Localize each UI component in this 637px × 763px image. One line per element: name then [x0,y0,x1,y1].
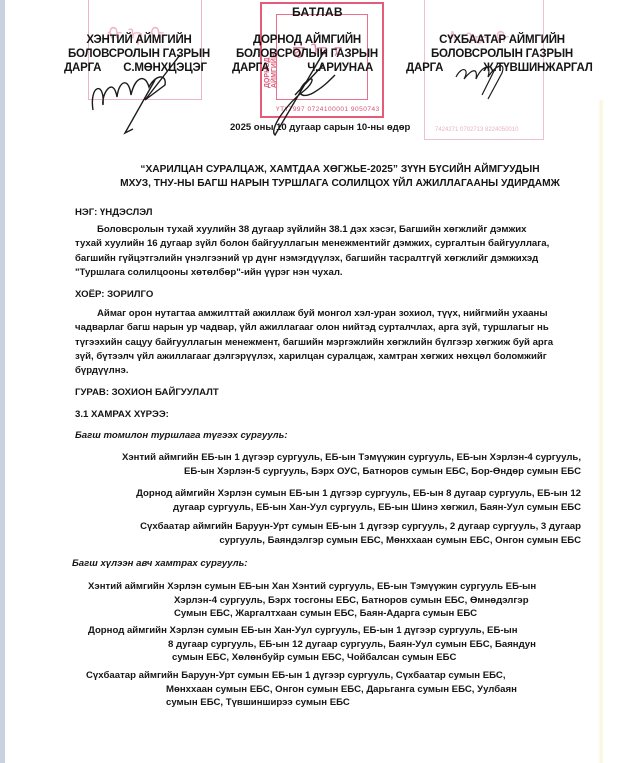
section-heading-organization: ГУРАВ: ЗОХИОН БАЙГУУЛАЛТ [75,387,219,398]
section-basis-paragraph: Боловсролын тухай хуулийн 38 дугаар зүйл… [75,223,575,280]
paragraph-line: зүй, бүтээлч үйл ажиллагааг дэлгэрүүлэх,… [75,350,575,364]
entry-line: дугаар сургууль, ЕБ-ын Хан-Уул сургууль,… [136,501,581,515]
entry-line: 8 дугаар сургууль, ЕБ-ын 12 дугаар сургу… [88,638,536,652]
signatory-role: ДАРГА [232,62,269,74]
entry-line: Хэрлэн сумын ЕБ-ын Хан-Уул сургууль, ЕБ-… [170,625,518,636]
entry-aimag: Дорнод аймгийн [88,625,167,636]
guest-entry-khentii: Хэнтий аймгийн Хэрлэн сумын ЕБ-ын Хан Хэ… [88,580,536,621]
signatory-name: С.МӨНХЦЭЦЭГ [123,62,206,74]
approval-date: 2025 оны 10 дугаар сарын 10-ны өдөр [230,122,410,133]
entry-line: Сумын ЕБС, Жаргалтхаан сумын ЕБС, Баян-А… [88,607,536,621]
stamp-code: 7424271 0702713 8224050010 [435,127,518,133]
signatory-line1: СҮХБААТАР АЙМГИЙН [402,33,602,47]
section-goal-paragraph: Аймаг орон нутагтаа амжилттай ажиллаж бу… [75,307,575,378]
paragraph-line: "Туршлага солилцооны хөтөлбөр"-ийн үүрэг… [75,266,575,280]
signatory-line1: ХЭНТИЙ АЙМГИЙН [64,33,214,47]
signatory-line2: БОЛОВСРОЛЫН ГАЗРЫН [232,47,382,61]
signatory-khentii: ХЭНТИЙ АЙМГИЙН БОЛОВСРОЛЫН ГАЗРЫН ДАРГАС… [64,33,214,75]
signatory-name: Ч.АРИУНАА [307,62,373,74]
title-line: МХУЗ, ТНУ-НЫ БАГШ НАРЫН ТУРШЛАГА СОЛИЛЦО… [60,177,620,191]
paragraph-line: чадварлаг багш нарын ур чадвар, үйл ажил… [75,321,575,335]
guest-schools-label: Багш хүлээн авч хамтрах сургууль: [72,558,247,569]
scan-tint [598,100,604,763]
section-heading-basis: НЭГ: ҮНДЭСЛЭЛ [75,207,152,218]
entry-line: сумын ЕБС, Түвшинширээ сумын ЕБС [86,696,517,710]
host-entry-dornod: Дорнод аймгийн Хэрлэн сумын ЕБ-ын 1 дүгэ… [136,487,581,514]
guest-entry-sukhbaatar: Сүхбаатар аймгийн Баруун-Урт сумын ЕБ-ын… [86,669,517,710]
stamp-code: ҮТҮ7997 0724100001 9050743 [276,106,380,113]
signatory-dornod: ДОРНОД АЙМГИЙН БОЛОВСРОЛЫН ГАЗРЫН ДАРГАЧ… [232,33,382,75]
scan-edge [0,0,5,763]
signatory-role: ДАРГА [406,62,443,74]
paragraph-line: тухай хуулийн 16 дугаар зүйл болон байгу… [75,237,575,251]
signatory-name: Ж.ТҮВШИНЖАРГАЛ [483,62,592,74]
paragraph-line: Боловсролын тухай хуулийн 38 дугаар зүйл… [75,223,575,237]
entry-line: Баруун-Урт сумын ЕБ-ын 1 дүгээр сургууль… [181,670,505,681]
signatory-role: ДАРГА [64,62,101,74]
host-entry-sukhbaatar: Сүхбаатар аймгийн Баруун-Урт сумын ЕБ-ын… [140,520,581,547]
paragraph-line: бүрдүүлнэ. [75,364,575,378]
signatory-line1: ДОРНОД АЙМГИЙН [232,33,382,47]
entry-line: ЕБ-ын Хэрлэн-5 сургууль, Бэрх ОУС, Батно… [122,465,581,479]
entry-line: Мөнххаан сумын ЕБС, Онгон сумын ЕБС, Дар… [86,683,517,697]
entry-line: сумын ЕБС, Хөлөнбуйр сумын ЕБС, Чойбалса… [88,651,536,665]
host-schools-label: Багш томилон туршлага түгээх сургууль: [75,430,288,441]
paragraph-line: түгээхийн сацуу байгууллагын менежмент, … [75,336,575,350]
entry-line: сургууль, Баяндэлгэр сумын ЕБС, Мөнххаан… [140,534,581,548]
subsection-heading-scope: 3.1 ХАМРАХ ХҮРЭЭ: [75,409,169,420]
section-heading-goal: ХОЁР: ЗОРИЛГО [75,289,153,300]
title-line: “ХАРИЛЦАН СУРАЛЦАЖ, ХАМТДАА ХӨГЖЬЕ-2025”… [60,163,620,177]
signatory-sukhbaatar: СҮХБААТАР АЙМГИЙН БОЛОВСРОЛЫН ГАЗРЫН ДАР… [402,33,602,75]
entry-line: Дорнод аймгийн Хэрлэн сумын ЕБ-ын 1 дүгэ… [136,487,581,501]
entry-aimag: Сүхбаатар аймгийн [86,670,179,681]
guest-entry-dornod: Дорнод аймгийн Хэрлэн сумын ЕБ-ын Хан-Уу… [88,624,536,665]
signatory-line2: БОЛОВСРОЛЫН ГАЗРЫН [64,47,214,61]
entry-line: Сүхбаатар аймгийн Баруун-Урт сумын ЕБ-ын… [140,520,581,534]
entry-line: Хэрлэн-4 сургууль, Бэрх тосгоны ЕБС, Бат… [88,594,536,608]
entry-line: Хэрлэн сумын ЕБ-ын Хан Хэнтий сургууль, … [167,581,536,592]
paragraph-line: Аймаг орон нутагтаа амжилттай ажиллаж бу… [75,307,575,321]
entry-line: Хэнтий аймгийн ЕБ-ын 1 дүгээр сургууль, … [122,451,581,465]
paragraph-line: багшийн гүйцэтгэлийн үнэлгээний үр дүнг … [75,252,575,266]
approval-label: БАТЛАВ [292,5,343,19]
document-title: “ХАРИЛЦАН СУРАЛЦАЖ, ХАМТДАА ХӨГЖЬЕ-2025”… [60,163,620,191]
host-entry-khentii: Хэнтий аймгийн ЕБ-ын 1 дүгээр сургууль, … [122,451,581,478]
entry-aimag: Хэнтий аймгийн [88,581,165,592]
signatory-line2: БОЛОВСРОЛЫН ГАЗРЫН [402,47,602,61]
